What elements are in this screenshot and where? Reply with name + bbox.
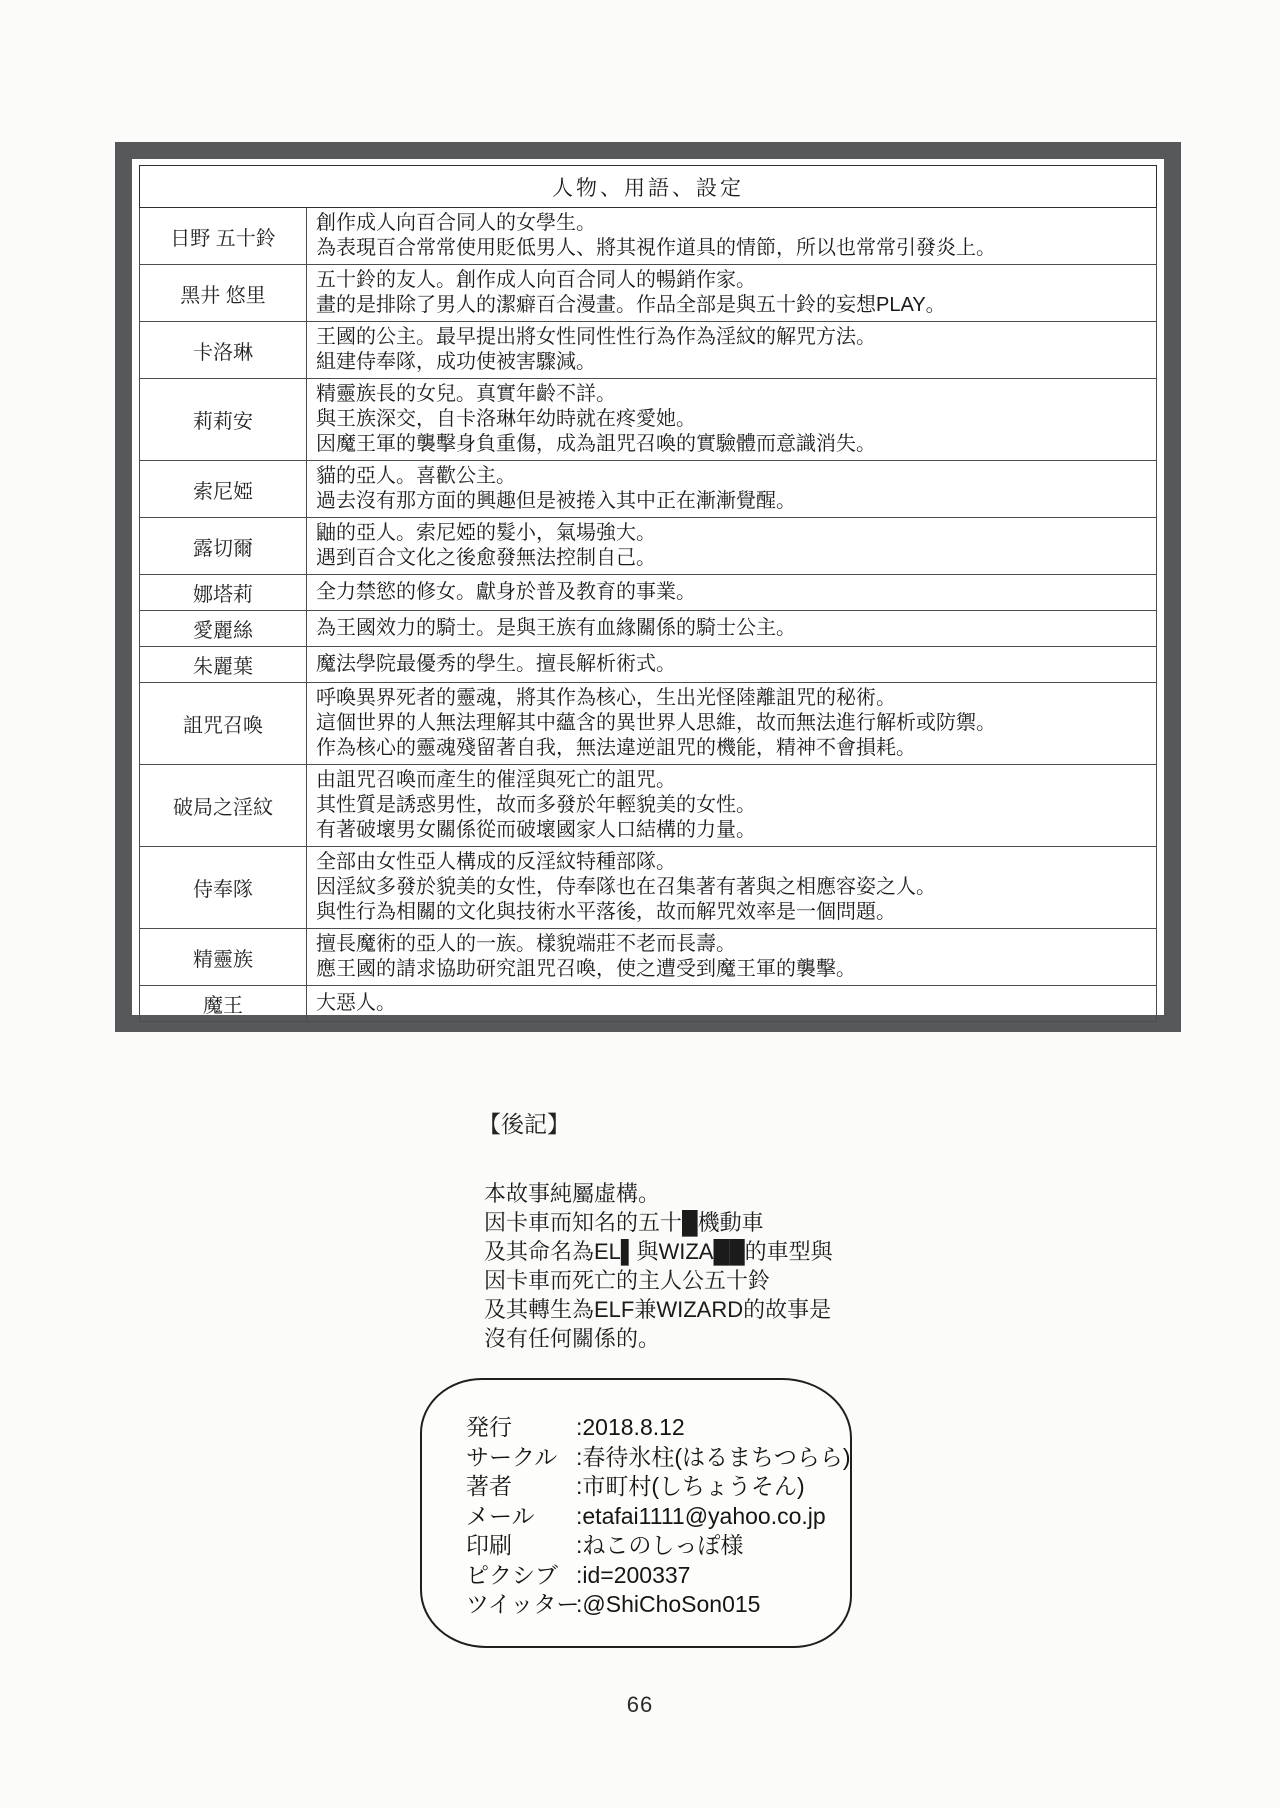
term-cell: 愛麗絲 xyxy=(140,611,307,647)
description-line: 有著破壞男女關係從而破壞國家人口結構的力量。 xyxy=(316,818,1150,843)
afterword-line: 沒有任何關係的。 xyxy=(484,1324,833,1353)
term-cell: 侍奉隊 xyxy=(140,847,307,929)
term-cell: 黑井 悠里 xyxy=(140,265,307,322)
description-line: 遇到百合文化之後愈發無法控制自己。 xyxy=(316,546,1150,571)
colophon-label: 発行 xyxy=(466,1413,576,1443)
description-line: 創作成人向百合同人的女學生。 xyxy=(316,211,1150,236)
table-row: 破局之淫紋由詛咒召喚而產生的催淫與死亡的詛咒。其性質是誘惑男性，故而多發於年輕貌… xyxy=(140,765,1157,847)
description-line: 大惡人。 xyxy=(316,991,1150,1016)
description-line: 因淫紋多發於貌美的女性，侍奉隊也在召集著有著與之相應容姿之人。 xyxy=(316,875,1150,900)
description-cell: 大惡人。 xyxy=(307,986,1157,1022)
description-line: 畫的是排除了男人的潔癖百合漫畫。作品全部是與五十鈴的妄想PLAY。 xyxy=(316,293,1150,318)
description-line: 為王國效力的騎士。是與王族有血緣關係的騎士公主。 xyxy=(316,616,1150,641)
colophon-value: :2018.8.12 xyxy=(576,1413,685,1443)
description-line: 應王國的請求協助研究詛咒召喚，使之遭受到魔王軍的襲擊。 xyxy=(316,957,1150,982)
term-cell: 露切爾 xyxy=(140,518,307,575)
colophon-label: サークル xyxy=(466,1443,576,1473)
colophon-entry: 印刷:ねこのしっぽ様 xyxy=(466,1531,850,1561)
table-row: 愛麗絲為王國效力的騎士。是與王族有血緣關係的騎士公主。 xyxy=(140,611,1157,647)
settings-table-body: 日野 五十鈴創作成人向百合同人的女學生。為表現百合常常使用貶低男人、將其視作道具… xyxy=(140,208,1157,1022)
description-line: 全力禁慾的修女。獻身於普及教育的事業。 xyxy=(316,580,1150,605)
description-line: 因魔王軍的襲擊身負重傷，成為詛咒召喚的實驗體而意識消失。 xyxy=(316,432,1150,457)
afterword-line: 及其命名為EL▌與WIZA██的車型與 xyxy=(484,1237,833,1266)
description-line: 與王族深交，自卡洛琳年幼時就在疼愛她。 xyxy=(316,407,1150,432)
colophon-label: ツイッター xyxy=(466,1590,576,1620)
description-cell: 全力禁慾的修女。獻身於普及教育的事業。 xyxy=(307,575,1157,611)
table-title-row: 人物、用語、設定 xyxy=(140,166,1157,208)
table-row: 侍奉隊全部由女性亞人構成的反淫紋特種部隊。因淫紋多發於貌美的女性，侍奉隊也在召集… xyxy=(140,847,1157,929)
term-cell: 詛咒召喚 xyxy=(140,683,307,765)
term-cell: 魔王 xyxy=(140,986,307,1022)
description-line: 擅長魔術的亞人的一族。樣貌端莊不老而長壽。 xyxy=(316,932,1150,957)
colophon-value: :@ShiChoSon015 xyxy=(576,1590,760,1620)
afterword-section: 【後記】 本故事純屬虛構。因卡車而知名的五十█機動車及其命名為EL▌與WIZA█… xyxy=(484,1106,833,1353)
term-cell: 破局之淫紋 xyxy=(140,765,307,847)
colophon-value: :春待氷柱(はるまちつらら) xyxy=(576,1443,850,1473)
description-line: 作為核心的靈魂殘留著自我，無法違逆詛咒的機能，精神不會損耗。 xyxy=(316,736,1150,761)
description-line: 鼬的亞人。索尼婭的髮小，氣場強大。 xyxy=(316,521,1150,546)
description-line: 由詛咒召喚而產生的催淫與死亡的詛咒。 xyxy=(316,768,1150,793)
term-cell: 莉莉安 xyxy=(140,379,307,461)
colophon-label: ピクシブ xyxy=(466,1561,576,1591)
colophon-label: 著者 xyxy=(466,1472,576,1502)
afterword-line: 及其轉生為ELF兼WIZARD的故事是 xyxy=(484,1295,833,1324)
colophon-entry: 発行:2018.8.12 xyxy=(466,1413,850,1443)
table-row: 卡洛琳王國的公主。最早提出將女性同性性行為作為淫紋的解咒方法。組建侍奉隊，成功使… xyxy=(140,322,1157,379)
term-cell: 娜塔莉 xyxy=(140,575,307,611)
page-number: 66 xyxy=(0,1692,1280,1718)
description-cell: 王國的公主。最早提出將女性同性性行為作為淫紋的解咒方法。組建侍奉隊，成功使被害驟… xyxy=(307,322,1157,379)
colophon-label: 印刷 xyxy=(466,1531,576,1561)
settings-table: 人物、用語、設定 日野 五十鈴創作成人向百合同人的女學生。為表現百合常常使用貶低… xyxy=(139,165,1157,1022)
description-line: 全部由女性亞人構成的反淫紋特種部隊。 xyxy=(316,850,1150,875)
description-line: 與性行為相關的文化與技術水平落後，故而解咒效率是一個問題。 xyxy=(316,900,1150,925)
description-cell: 為王國效力的騎士。是與王族有血緣關係的騎士公主。 xyxy=(307,611,1157,647)
description-cell: 全部由女性亞人構成的反淫紋特種部隊。因淫紋多發於貌美的女性，侍奉隊也在召集著有著… xyxy=(307,847,1157,929)
description-line: 組建侍奉隊，成功使被害驟減。 xyxy=(316,350,1150,375)
table-row: 露切爾鼬的亞人。索尼婭的髮小，氣場強大。遇到百合文化之後愈發無法控制自己。 xyxy=(140,518,1157,575)
description-line: 貓的亞人。喜歡公主。 xyxy=(316,464,1150,489)
description-cell: 呼喚異界死者的靈魂，將其作為核心，生出光怪陸離詛咒的秘術。這個世界的人無法理解其… xyxy=(307,683,1157,765)
colophon-label: メール xyxy=(466,1502,576,1532)
settings-table-frame: 人物、用語、設定 日野 五十鈴創作成人向百合同人的女學生。為表現百合常常使用貶低… xyxy=(115,142,1181,1032)
description-line: 其性質是誘惑男性，故而多發於年輕貌美的女性。 xyxy=(316,793,1150,818)
description-line: 為表現百合常常使用貶低男人、將其視作道具的情節，所以也常常引發炎上。 xyxy=(316,236,1150,261)
description-cell: 五十鈴的友人。創作成人向百合同人的暢銷作家。畫的是排除了男人的潔癖百合漫畫。作品… xyxy=(307,265,1157,322)
colophon-value: :ねこのしっぽ様 xyxy=(576,1531,743,1561)
colophon-value: :市町村(しちょうそん) xyxy=(576,1472,805,1502)
table-row: 索尼婭貓的亞人。喜歡公主。過去沒有那方面的興趣但是被捲入其中正在漸漸覺醒。 xyxy=(140,461,1157,518)
table-row: 詛咒召喚呼喚異界死者的靈魂，將其作為核心，生出光怪陸離詛咒的秘術。這個世界的人無… xyxy=(140,683,1157,765)
description-cell: 創作成人向百合同人的女學生。為表現百合常常使用貶低男人、將其視作道具的情節，所以… xyxy=(307,208,1157,265)
description-cell: 貓的亞人。喜歡公主。過去沒有那方面的興趣但是被捲入其中正在漸漸覺醒。 xyxy=(307,461,1157,518)
table-row: 魔王大惡人。 xyxy=(140,986,1157,1022)
table-row: 莉莉安精靈族長的女兒。真實年齡不詳。與王族深交，自卡洛琳年幼時就在疼愛她。因魔王… xyxy=(140,379,1157,461)
afterword-body: 本故事純屬虛構。因卡車而知名的五十█機動車及其命名為EL▌與WIZA██的車型與… xyxy=(484,1179,833,1353)
colophon-value: :id=200337 xyxy=(576,1561,690,1591)
afterword-line: 本故事純屬虛構。 xyxy=(484,1179,833,1208)
term-cell: 卡洛琳 xyxy=(140,322,307,379)
description-line: 王國的公主。最早提出將女性同性性行為作為淫紋的解咒方法。 xyxy=(316,325,1150,350)
colophon-value: :etafai1111@yahoo.co.jp xyxy=(576,1502,826,1532)
description-cell: 鼬的亞人。索尼婭的髮小，氣場強大。遇到百合文化之後愈發無法控制自己。 xyxy=(307,518,1157,575)
description-line: 五十鈴的友人。創作成人向百合同人的暢銷作家。 xyxy=(316,268,1150,293)
colophon-entry: ピクシブ:id=200337 xyxy=(466,1561,850,1591)
description-cell: 擅長魔術的亞人的一族。樣貌端莊不老而長壽。應王國的請求協助研究詛咒召喚，使之遭受… xyxy=(307,929,1157,986)
table-row: 娜塔莉全力禁慾的修女。獻身於普及教育的事業。 xyxy=(140,575,1157,611)
table-row: 日野 五十鈴創作成人向百合同人的女學生。為表現百合常常使用貶低男人、將其視作道具… xyxy=(140,208,1157,265)
afterword-line: 因卡車而知名的五十█機動車 xyxy=(484,1208,833,1237)
colophon-entry: サークル:春待氷柱(はるまちつらら) xyxy=(466,1443,850,1473)
description-cell: 由詛咒召喚而產生的催淫與死亡的詛咒。其性質是誘惑男性，故而多發於年輕貌美的女性。… xyxy=(307,765,1157,847)
table-row: 精靈族擅長魔術的亞人的一族。樣貌端莊不老而長壽。應王國的請求協助研究詛咒召喚，使… xyxy=(140,929,1157,986)
description-cell: 魔法學院最優秀的學生。擅長解析術式。 xyxy=(307,647,1157,683)
description-line: 這個世界的人無法理解其中蘊含的異世界人思維，故而無法進行解析或防禦。 xyxy=(316,711,1150,736)
table-row: 朱麗葉魔法學院最優秀的學生。擅長解析術式。 xyxy=(140,647,1157,683)
description-line: 過去沒有那方面的興趣但是被捲入其中正在漸漸覺醒。 xyxy=(316,489,1150,514)
description-line: 精靈族長的女兒。真實年齡不詳。 xyxy=(316,382,1150,407)
description-cell: 精靈族長的女兒。真實年齡不詳。與王族深交，自卡洛琳年幼時就在疼愛她。因魔王軍的襲… xyxy=(307,379,1157,461)
description-line: 魔法學院最優秀的學生。擅長解析術式。 xyxy=(316,652,1150,677)
afterword-line: 因卡車而死亡的主人公五十鈴 xyxy=(484,1266,833,1295)
term-cell: 精靈族 xyxy=(140,929,307,986)
colophon-box: 発行:2018.8.12サークル:春待氷柱(はるまちつらら)著者:市町村(しちょ… xyxy=(420,1378,852,1648)
table-title: 人物、用語、設定 xyxy=(140,166,1157,208)
doujin-settings-page: 人物、用語、設定 日野 五十鈴創作成人向百合同人的女學生。為表現百合常常使用貶低… xyxy=(0,0,1280,1808)
colophon-entry: 著者:市町村(しちょうそん) xyxy=(466,1472,850,1502)
description-line: 呼喚異界死者的靈魂，將其作為核心，生出光怪陸離詛咒的秘術。 xyxy=(316,686,1150,711)
afterword-heading: 【後記】 xyxy=(478,1106,833,1139)
term-cell: 日野 五十鈴 xyxy=(140,208,307,265)
table-row: 黑井 悠里五十鈴的友人。創作成人向百合同人的暢銷作家。畫的是排除了男人的潔癖百合… xyxy=(140,265,1157,322)
colophon-entry: ツイッター:@ShiChoSon015 xyxy=(466,1590,850,1620)
term-cell: 索尼婭 xyxy=(140,461,307,518)
colophon-entry: メール:etafai1111@yahoo.co.jp xyxy=(466,1502,850,1532)
term-cell: 朱麗葉 xyxy=(140,647,307,683)
